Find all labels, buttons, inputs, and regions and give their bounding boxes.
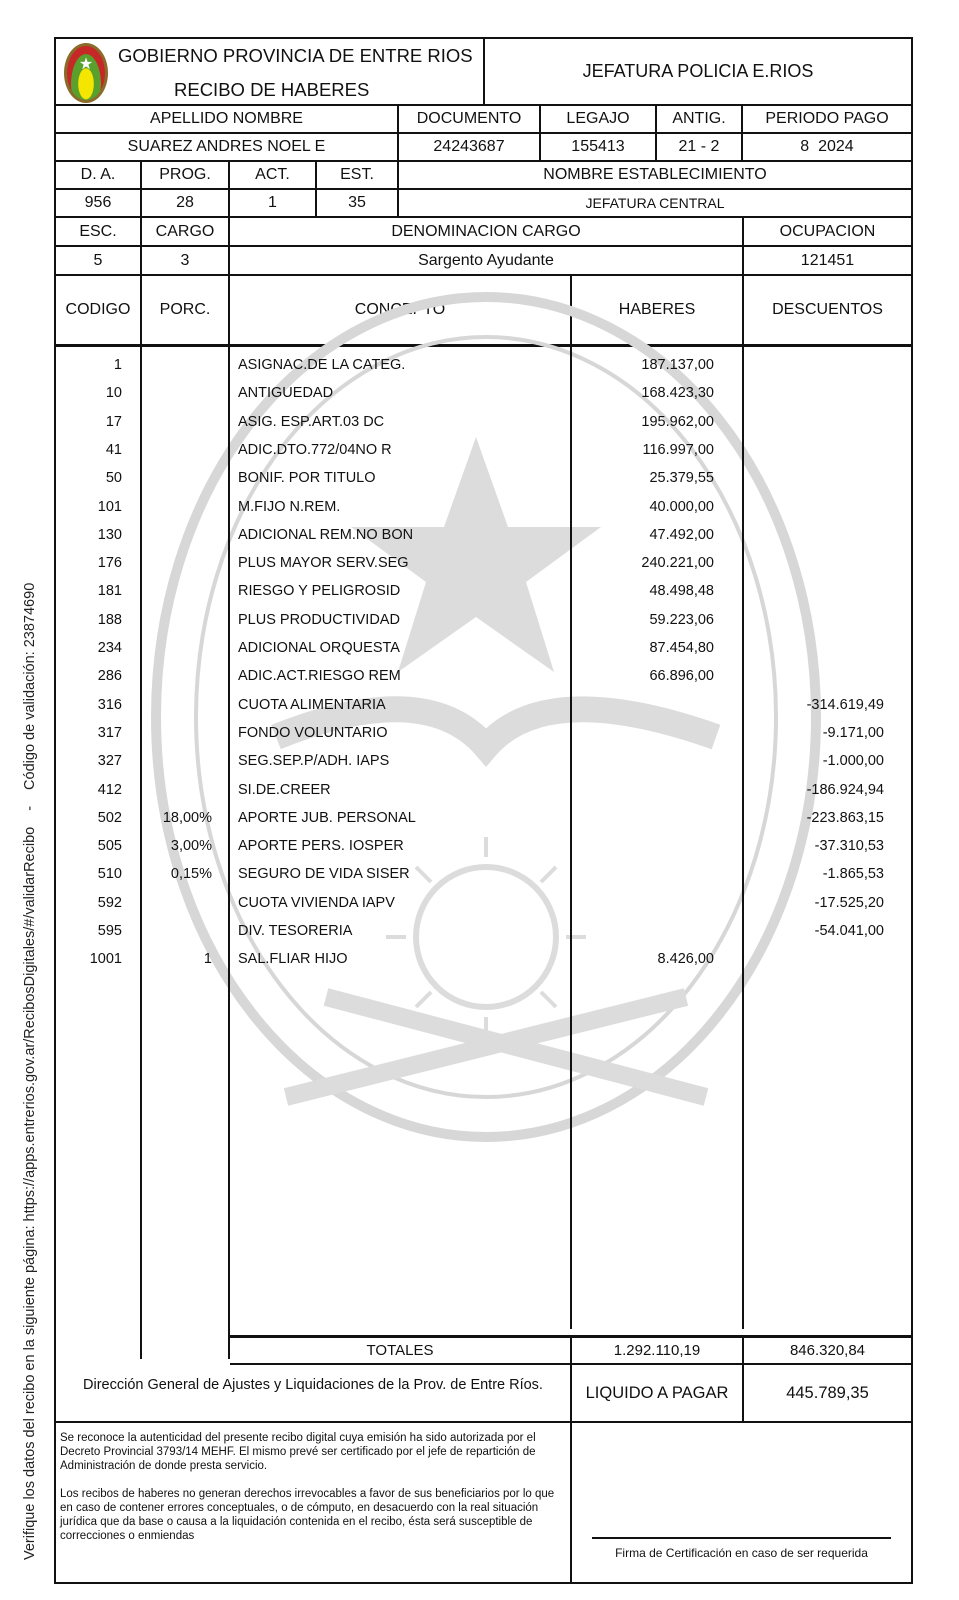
table-row: 234ADICIONAL ORQUESTA87.454,80: [56, 636, 911, 664]
item-code: 17: [56, 414, 122, 430]
correction-notice: Los recibos de haberes no generan derech…: [60, 1487, 566, 1543]
item-percent: 3,00%: [142, 838, 212, 854]
denomination-label: DENOMINACION CARGO: [230, 218, 744, 245]
table-row: 101M.FIJO N.REM.40.000,00: [56, 495, 911, 523]
item-earnings: 195.962,00: [572, 414, 714, 430]
table-row: 1ASIGNAC.DE LA CATEG.187.137,00: [56, 353, 911, 381]
signature-caption: Firma de Certificación en caso de ser re…: [572, 1546, 911, 1560]
item-deductions: -54.041,00: [744, 923, 884, 939]
authenticity-notice: Se reconoce la autenticidad del presente…: [60, 1431, 566, 1473]
position-values: 5 3 Sargento Ayudante 121451: [56, 247, 911, 276]
establishment-values: 956 28 1 35 JEFATURA CENTRAL: [56, 190, 911, 218]
item-concept: ADICIONAL REM.NO BON: [238, 527, 413, 543]
item-concept: DIV. TESORERIA: [238, 923, 352, 939]
item-concept: PLUS MAYOR SERV.SEG: [238, 555, 409, 571]
table-row: 176PLUS MAYOR SERV.SEG240.221,00: [56, 551, 911, 579]
table-row: 5053,00%APORTE PERS. IOSPER-37.310,53: [56, 834, 911, 862]
signature-line: [592, 1537, 891, 1539]
item-concept: SAL.FLIAR HIJO: [238, 951, 348, 967]
item-earnings: 168.423,30: [572, 385, 714, 401]
pay-period-label: PERIODO PAGO: [743, 106, 911, 132]
table-body: 1ASIGNAC.DE LA CATEG.187.137,0010ANTIGUE…: [56, 347, 911, 1359]
occupation-label: OCUPACION: [744, 218, 911, 245]
net-pay-row: Dirección General de Ajustes y Liquidaci…: [56, 1365, 911, 1423]
separator: -: [22, 806, 38, 811]
table-row: 41ADIC.DTO.772/04NO R116.997,00: [56, 438, 911, 466]
table-row: 10011SAL.FLIAR HIJO8.426,00: [56, 947, 911, 975]
item-earnings: 240.221,00: [572, 555, 714, 571]
item-percent: 0,15%: [142, 866, 212, 882]
prog-value: 28: [142, 190, 230, 216]
item-code: 510: [56, 866, 122, 882]
item-concept: RIESGO Y PELIGROSID: [238, 583, 400, 599]
totals-row: TOTALES 1.292.110,19 846.320,84: [230, 1335, 911, 1365]
file-number: 155413: [541, 134, 657, 160]
validation-code: Código de validación: 23874690: [22, 583, 38, 790]
issuer-text: Dirección General de Ajustes y Liquidaci…: [56, 1365, 572, 1421]
item-earnings: 66.896,00: [572, 668, 714, 684]
item-earnings: 25.379,55: [572, 470, 714, 486]
item-concept: ADIC.ACT.RIESGO REM: [238, 668, 401, 684]
occupation-value: 121451: [744, 247, 911, 274]
establishment-name: JEFATURA CENTRAL: [399, 190, 911, 216]
item-concept: ADIC.DTO.772/04NO R: [238, 442, 392, 458]
item-code: 101: [56, 499, 122, 515]
item-deductions: -1.000,00: [744, 753, 884, 769]
da-label: D. A.: [56, 162, 142, 188]
item-concept: M.FIJO N.REM.: [238, 499, 340, 515]
item-concept: ADICIONAL ORQUESTA: [238, 640, 400, 656]
item-earnings: 116.997,00: [572, 442, 714, 458]
item-code: 1: [56, 357, 122, 373]
document-title: RECIBO DE HABERES: [174, 79, 369, 101]
table-row: 50BONIF. POR TITULO25.379,55: [56, 466, 911, 494]
item-code: 595: [56, 923, 122, 939]
item-concept: SEG.SEP.P/ADH. IAPS: [238, 753, 389, 769]
legal-notice: Se reconoce la autenticidad del presente…: [56, 1423, 572, 1584]
provincial-coat-of-arms-icon: ★: [64, 43, 108, 103]
item-earnings: 48.498,48: [572, 583, 714, 599]
item-deductions: -314.619,49: [744, 697, 884, 713]
item-deductions: -223.863,15: [744, 810, 884, 826]
cargo-label: CARGO: [142, 218, 230, 245]
net-pay-label: LIQUIDO A PAGAR: [572, 1365, 744, 1421]
item-concept: ASIGNAC.DE LA CATEG.: [238, 357, 405, 373]
percent-header: PORC.: [142, 276, 230, 344]
item-code: 1001: [56, 951, 122, 967]
agency-title: JEFATURA POLICIA E.RIOS: [485, 39, 911, 104]
item-code: 505: [56, 838, 122, 854]
code-header: CODIGO: [56, 276, 142, 344]
name-label: APELLIDO NOMBRE: [56, 106, 399, 132]
table-row: 595DIV. TESORERIA-54.041,00: [56, 919, 911, 947]
totals-label: TOTALES: [230, 1338, 572, 1363]
esc-value: 5: [56, 247, 142, 274]
table-row: 592CUOTA VIVIENDA IAPV-17.525,20: [56, 891, 911, 919]
act-value: 1: [230, 190, 317, 216]
deductions-header: DESCUENTOS: [744, 276, 911, 344]
table-header: CODIGO PORC. CONCEPTO HABERES DESCUENTOS: [56, 276, 911, 347]
cargo-value: 3: [142, 247, 230, 274]
item-code: 188: [56, 612, 122, 628]
seniority-label: ANTIG.: [657, 106, 743, 132]
item-earnings: 40.000,00: [572, 499, 714, 515]
signature-area: Firma de Certificación en caso de ser re…: [572, 1423, 911, 1584]
total-earnings: 1.292.110,19: [572, 1338, 744, 1363]
item-code: 41: [56, 442, 122, 458]
da-value: 956: [56, 190, 142, 216]
item-concept: CUOTA ALIMENTARIA: [238, 697, 386, 713]
receipt-header: ★ GOBIERNO PROVINCIA DE ENTRE RIOS RECIB…: [56, 39, 911, 106]
establishment-name-label: NOMBRE ESTABLECIMIENTO: [399, 162, 911, 188]
esc-label: ESC.: [56, 218, 142, 245]
table-row: 412SI.DE.CREER-186.924,94: [56, 778, 911, 806]
item-concept: SI.DE.CREER: [238, 782, 331, 798]
table-row: 17ASIG. ESP.ART.03 DC195.962,00: [56, 410, 911, 438]
item-code: 317: [56, 725, 122, 741]
item-earnings: 47.492,00: [572, 527, 714, 543]
item-code: 412: [56, 782, 122, 798]
employee-name: SUAREZ ANDRES NOEL E: [56, 134, 399, 160]
item-concept: ANTIGUEDAD: [238, 385, 333, 401]
table-row: 286ADIC.ACT.RIESGO REM66.896,00: [56, 664, 911, 692]
table-row: 188PLUS PRODUCTIVIDAD59.223,06: [56, 608, 911, 636]
item-code: 176: [56, 555, 122, 571]
item-deductions: -1.865,53: [744, 866, 884, 882]
concept-header: CONCEPTO: [230, 276, 572, 344]
pay-period-value: 8 2024: [743, 134, 911, 160]
table-row: 130ADICIONAL REM.NO BON47.492,00: [56, 523, 911, 551]
item-concept: BONIF. POR TITULO: [238, 470, 376, 486]
item-concept: FONDO VOLUNTARIO: [238, 725, 388, 741]
item-code: 50: [56, 470, 122, 486]
establishment-labels: D. A. PROG. ACT. EST. NOMBRE ESTABLECIMI…: [56, 162, 911, 190]
document-label: DOCUMENTO: [399, 106, 541, 132]
item-deductions: -186.924,94: [744, 782, 884, 798]
item-code: 316: [56, 697, 122, 713]
item-code: 592: [56, 895, 122, 911]
item-concept: PLUS PRODUCTIVIDAD: [238, 612, 400, 628]
verification-url-text: Verifique los datos del recibo en la sig…: [22, 827, 38, 1560]
item-code: 502: [56, 810, 122, 826]
table-row: 10ANTIGUEDAD168.423,30: [56, 381, 911, 409]
item-deductions: -9.171,00: [744, 725, 884, 741]
est-value: 35: [317, 190, 399, 216]
act-label: ACT.: [230, 162, 317, 188]
earnings-header: HABERES: [572, 276, 744, 344]
item-deductions: -17.525,20: [744, 895, 884, 911]
item-concept: SEGURO DE VIDA SISER: [238, 866, 410, 882]
item-concept: APORTE PERS. IOSPER: [238, 838, 404, 854]
item-code: 286: [56, 668, 122, 684]
item-code: 234: [56, 640, 122, 656]
verification-note: Verifique los datos del recibo en la sig…: [22, 430, 38, 1560]
seniority-value: 21 - 2: [657, 134, 743, 160]
item-code: 10: [56, 385, 122, 401]
item-earnings: 59.223,06: [572, 612, 714, 628]
file-label: LEGAJO: [541, 106, 657, 132]
item-code: 130: [56, 527, 122, 543]
table-row: 316CUOTA ALIMENTARIA-314.619,49: [56, 693, 911, 721]
item-deductions: -37.310,53: [744, 838, 884, 854]
employee-values: SUAREZ ANDRES NOEL E 24243687 155413 21 …: [56, 134, 911, 162]
prog-label: PROG.: [142, 162, 230, 188]
table-row: 5100,15%SEGURO DE VIDA SISER-1.865,53: [56, 862, 911, 890]
position-denomination: Sargento Ayudante: [230, 247, 744, 274]
item-earnings: 8.426,00: [572, 951, 714, 967]
table-row: 50218,00%APORTE JUB. PERSONAL-223.863,15: [56, 806, 911, 834]
item-code: 181: [56, 583, 122, 599]
table-row: 327SEG.SEP.P/ADH. IAPS-1.000,00: [56, 749, 911, 777]
item-earnings: 87.454,80: [572, 640, 714, 656]
item-percent: 1: [142, 951, 212, 967]
item-concept: APORTE JUB. PERSONAL: [238, 810, 416, 826]
est-label: EST.: [317, 162, 399, 188]
item-earnings: 187.137,00: [572, 357, 714, 373]
document-number: 24243687: [399, 134, 541, 160]
item-concept: ASIG. ESP.ART.03 DC: [238, 414, 384, 430]
footer: Se reconoce la autenticidad del presente…: [56, 1423, 911, 1584]
government-title: GOBIERNO PROVINCIA DE ENTRE RIOS: [118, 45, 473, 67]
net-pay-amount: 445.789,35: [744, 1365, 911, 1421]
item-concept: CUOTA VIVIENDA IAPV: [238, 895, 395, 911]
total-deductions: 846.320,84: [744, 1338, 911, 1363]
table-row: 317FONDO VOLUNTARIO-9.171,00: [56, 721, 911, 749]
item-percent: 18,00%: [142, 810, 212, 826]
header-left: ★ GOBIERNO PROVINCIA DE ENTRE RIOS RECIB…: [56, 39, 485, 104]
pay-receipt: ★ GOBIERNO PROVINCIA DE ENTRE RIOS RECIB…: [54, 37, 913, 1584]
item-code: 327: [56, 753, 122, 769]
employee-labels: APELLIDO NOMBRE DOCUMENTO LEGAJO ANTIG. …: [56, 106, 911, 134]
table-row: 181RIESGO Y PELIGROSID48.498,48: [56, 579, 911, 607]
position-labels: ESC. CARGO DENOMINACION CARGO OCUPACION: [56, 218, 911, 247]
